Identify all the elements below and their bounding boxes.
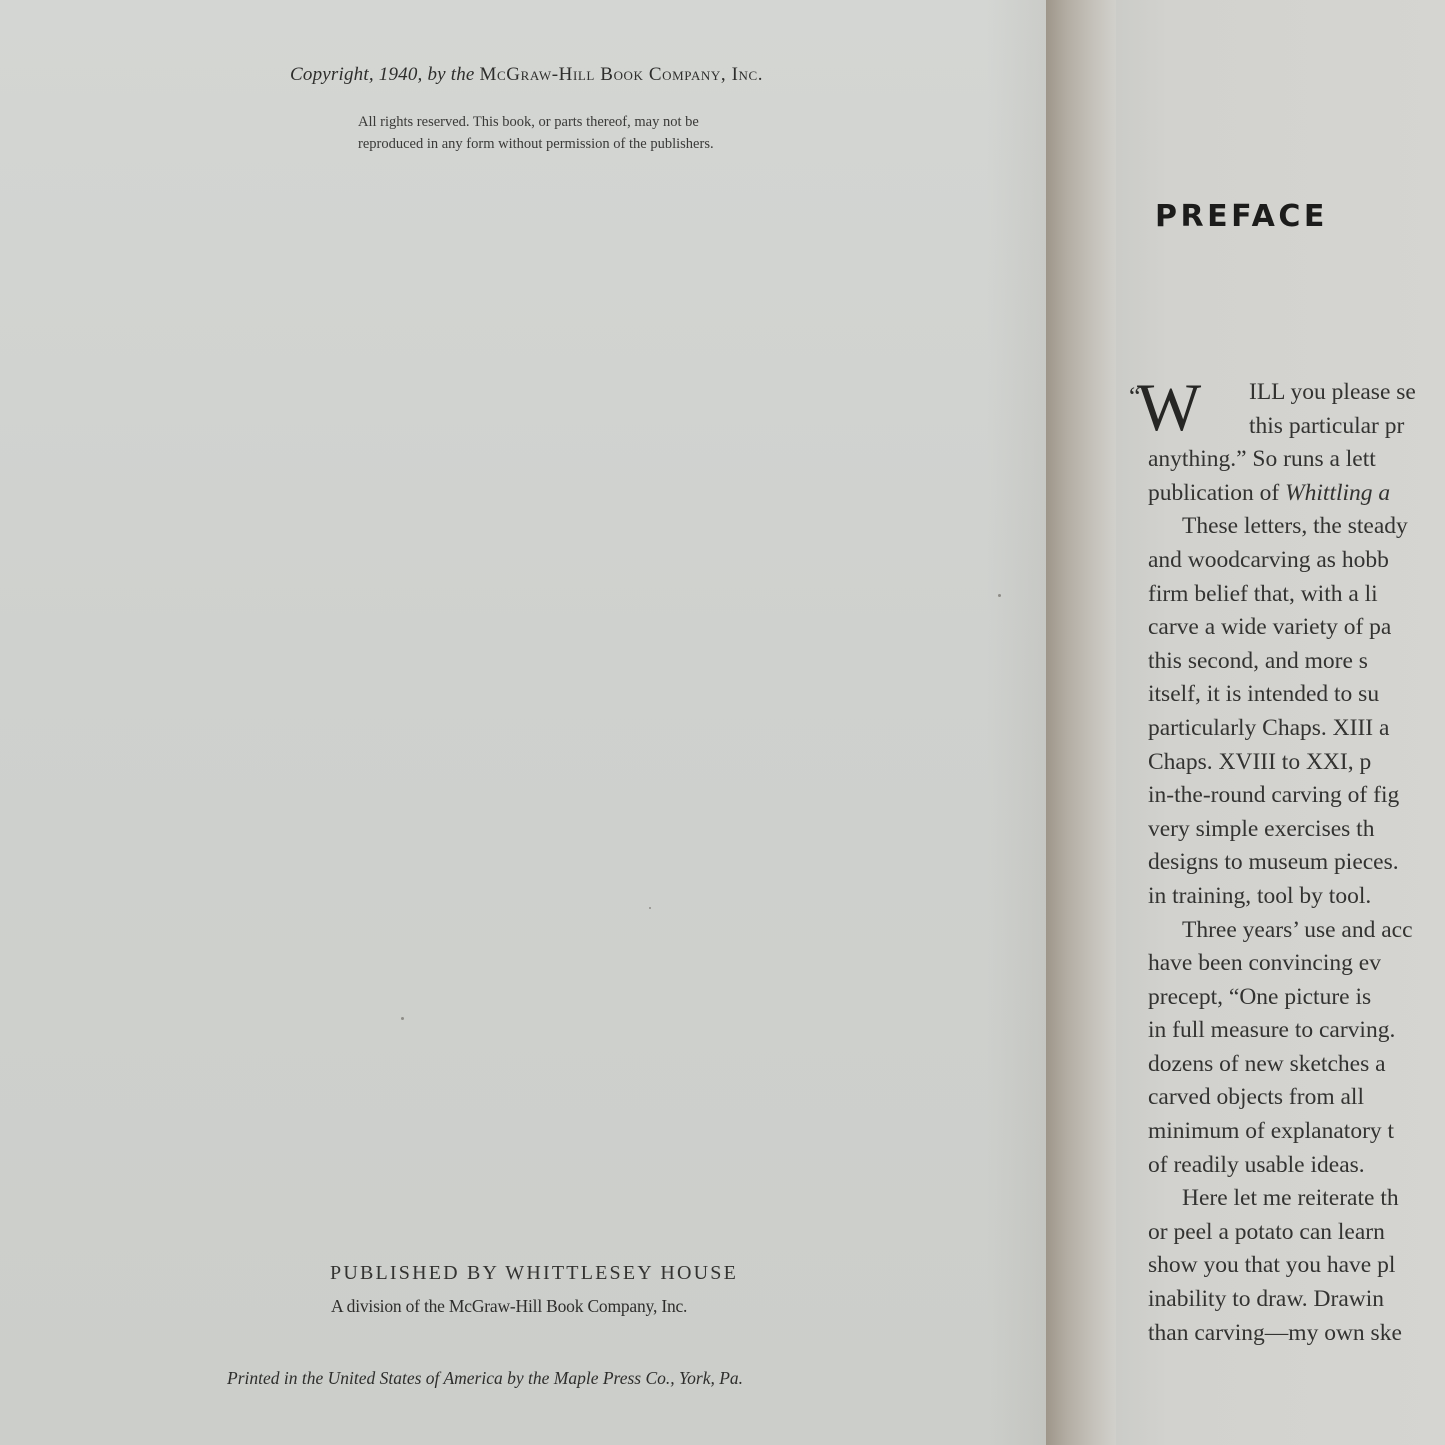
text-line: minimum of explanatory t — [1148, 1115, 1445, 1149]
text-line: very simple exercises th — [1148, 813, 1445, 847]
text-line: carved objects from all — [1148, 1081, 1445, 1115]
text-line: firm belief that, with a li — [1148, 578, 1445, 612]
text-line: dozens of new sketches a — [1148, 1048, 1445, 1082]
copyright-by-the: by the — [427, 64, 479, 85]
copyright-company: McGraw-Hill Book Company, Inc. — [480, 64, 764, 85]
rights-line: All rights reserved. This book, or parts… — [358, 111, 828, 133]
text-line: of readily usable ideas. — [1148, 1149, 1445, 1183]
copyright-prefix: Copyright, 1940, — [290, 64, 427, 85]
text-line: itself, it is intended to su — [1148, 678, 1445, 712]
text-fragment: publication of — [1148, 480, 1285, 506]
text-line: precept, “One picture is — [1148, 981, 1445, 1015]
preface-heading: PREFACE — [1155, 199, 1328, 234]
text-line: or peel a potato can learn — [1148, 1216, 1445, 1250]
text-line: carve a wide variety of pa — [1148, 611, 1445, 645]
text-line: designs to museum pieces. — [1148, 846, 1445, 880]
text-line: These letters, the steady — [1148, 510, 1445, 544]
copyright-line: Copyright, 1940, by the McGraw-Hill Book… — [290, 64, 890, 86]
paper-speck — [649, 907, 651, 909]
publisher-division: A division of the McGraw-Hill Book Compa… — [331, 1296, 687, 1317]
text-line: this second, and more s — [1148, 645, 1445, 679]
text-line: have been convincing ev — [1148, 947, 1445, 981]
drop-cap: W — [1137, 376, 1201, 438]
text-line: Here let me reiterate th — [1148, 1182, 1445, 1216]
text-line: and woodcarving as hobb — [1148, 544, 1445, 578]
text-line: Chaps. XVIII to XXI, p — [1148, 746, 1445, 780]
text-line: than carving—my own ske — [1148, 1317, 1445, 1351]
rights-line: reproduced in any form without permissio… — [358, 133, 828, 155]
printer-line: Printed in the United States of America … — [227, 1368, 743, 1389]
text-line: show you that you have pl — [1148, 1249, 1445, 1283]
text-line: inability to draw. Drawin — [1148, 1283, 1445, 1317]
text-line: in full measure to carving. — [1148, 1014, 1445, 1048]
rights-notice: All rights reserved. This book, or parts… — [358, 111, 828, 155]
left-page-copyright: Copyright, 1940, by the McGraw-Hill Book… — [0, 0, 1046, 1445]
publisher-line: PUBLISHED BY WHITTLESEY HOUSE — [330, 1262, 738, 1285]
text-line: in-the-round carving of fig — [1148, 779, 1445, 813]
text-line: anything.” So runs a lett — [1148, 443, 1445, 477]
book-title-italic: Whittling a — [1285, 480, 1390, 506]
paper-speck — [401, 1017, 404, 1020]
text-line: in training, tool by tool. — [1148, 880, 1445, 914]
text-line: particularly Chaps. XIII a — [1148, 712, 1445, 746]
book-spread: Copyright, 1940, by the McGraw-Hill Book… — [0, 0, 1445, 1445]
text-line: Three years’ use and acc — [1148, 914, 1445, 948]
preface-body: “ W ILL you please se this particular pr… — [1148, 376, 1445, 1350]
paper-speck — [998, 594, 1001, 597]
text-line: publication of Whittling a — [1148, 477, 1445, 511]
